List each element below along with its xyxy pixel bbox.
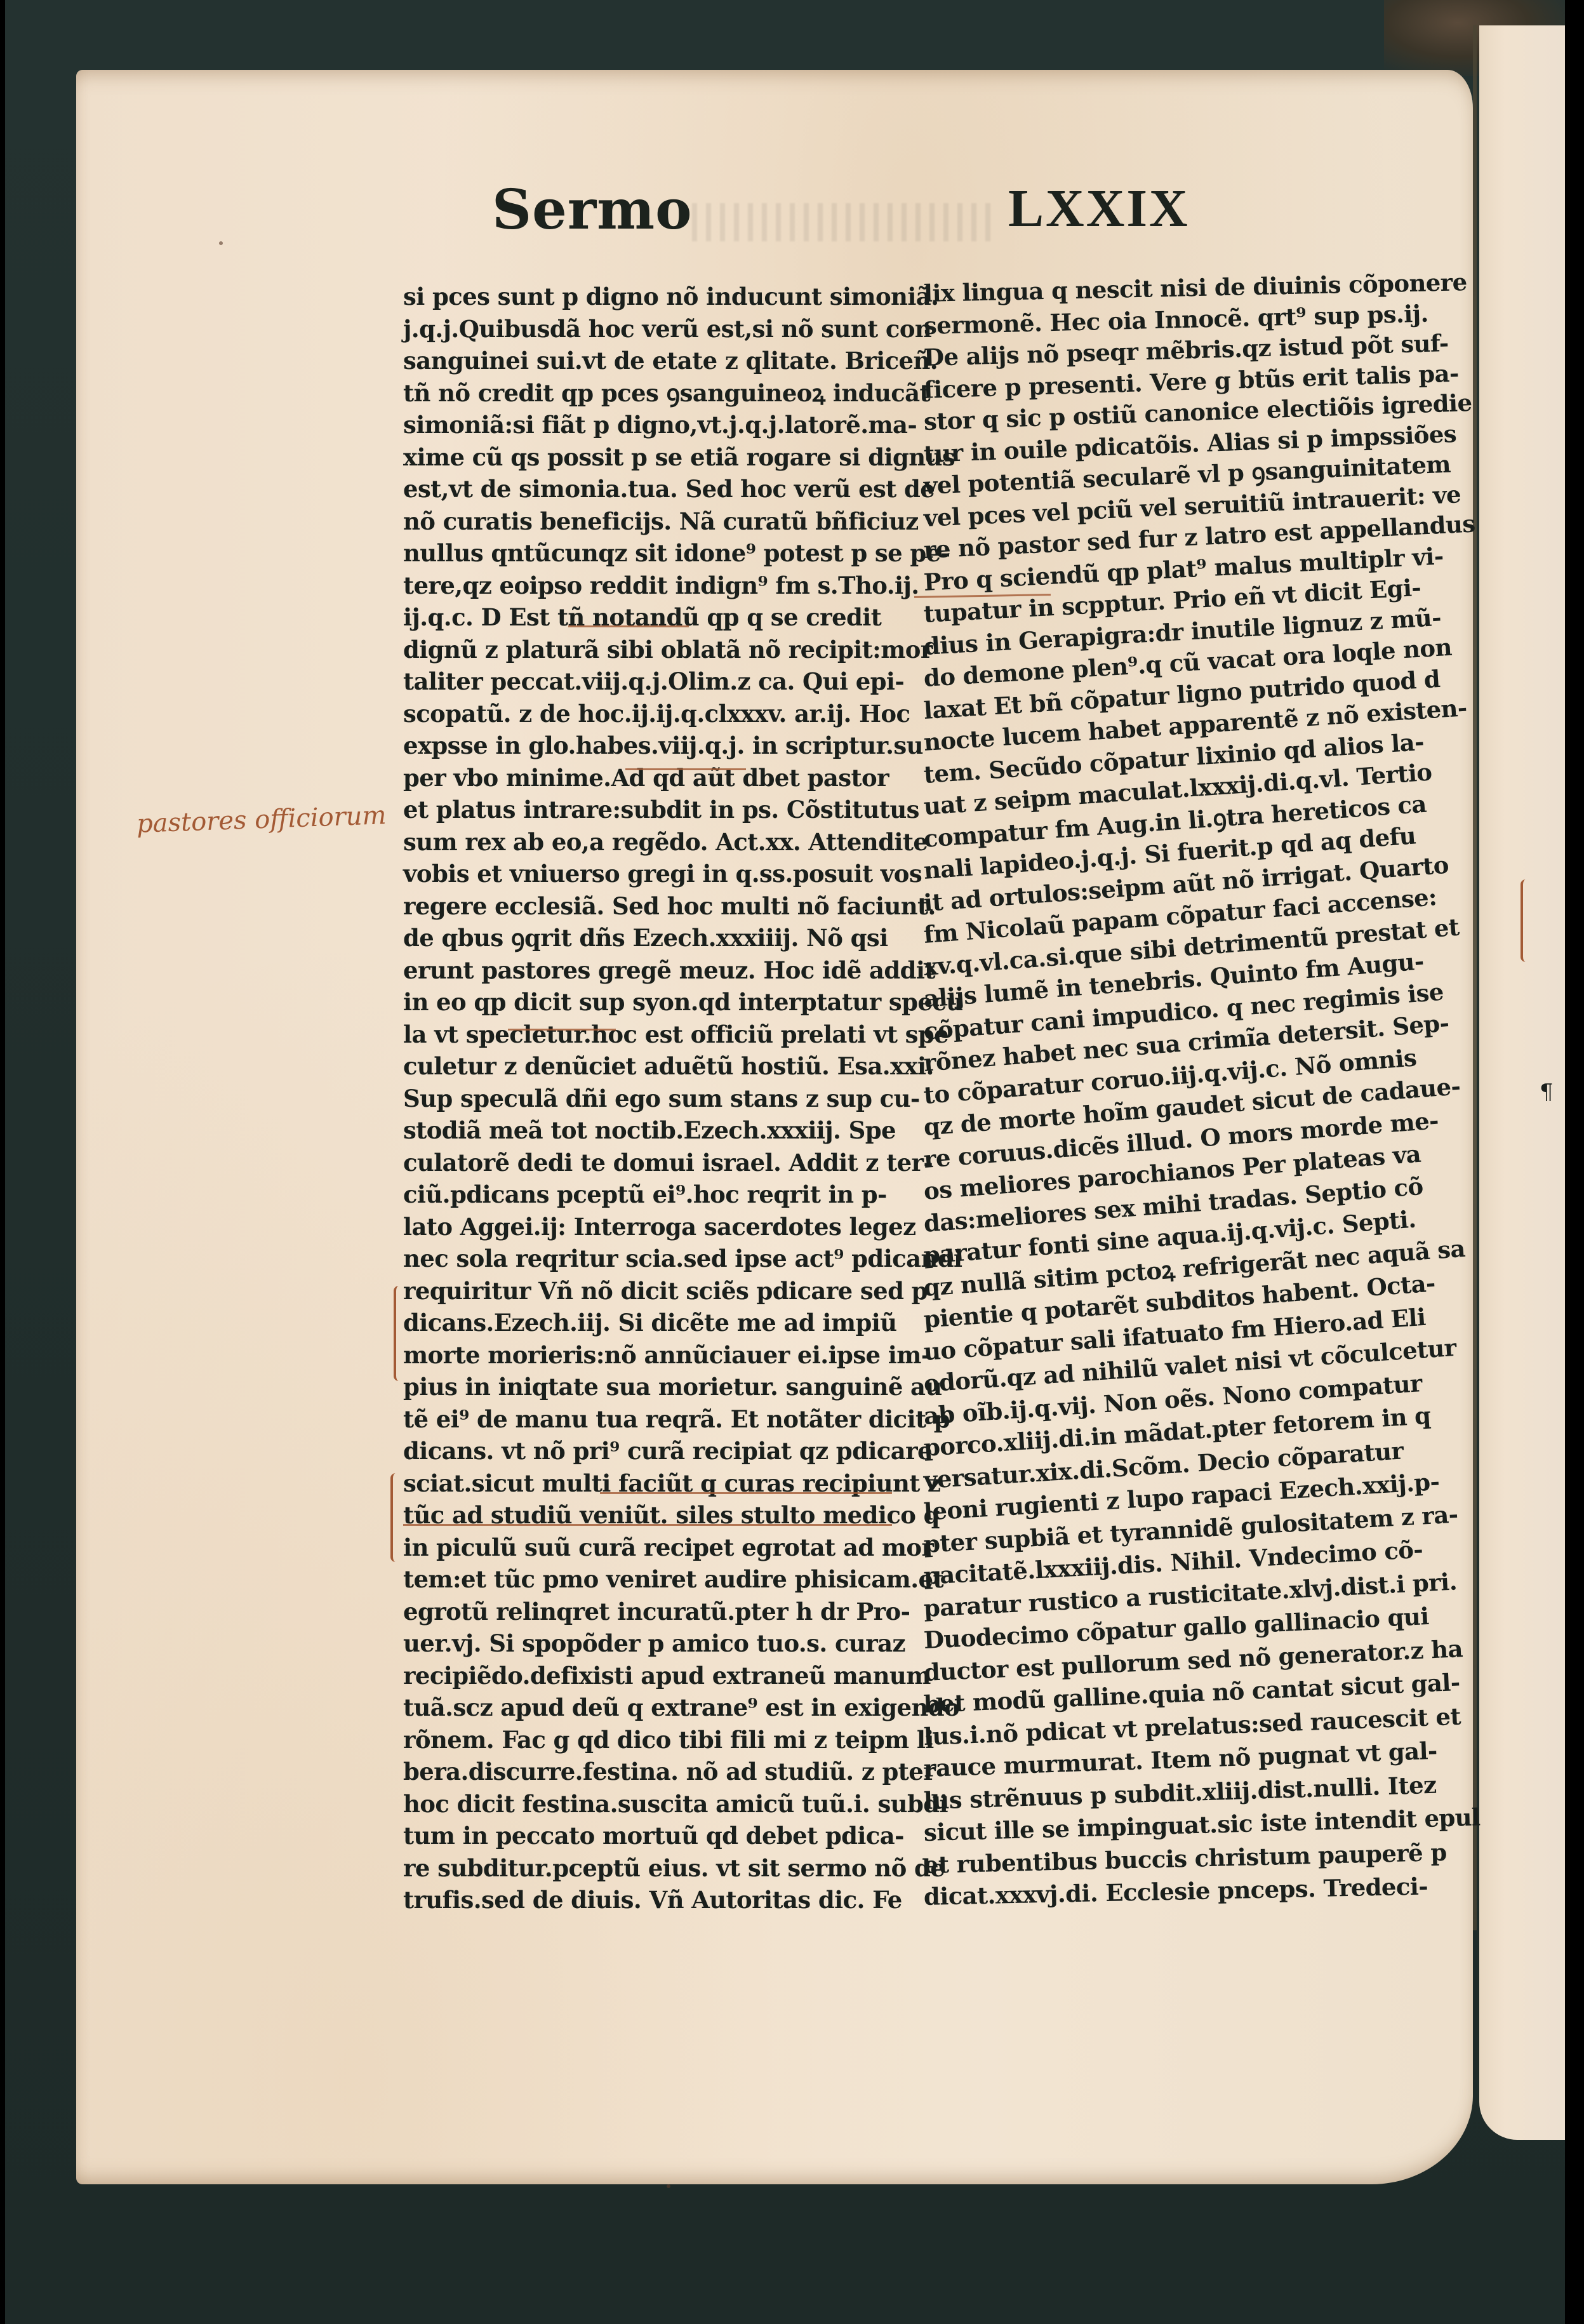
text-column-right: lix lingua q nescit nisi de diuinis cõpo… bbox=[924, 277, 1406, 1913]
scan-border-right bbox=[1565, 0, 1584, 2324]
text-line: sanguinei sui.vt de etate z qlitate. Bri… bbox=[403, 345, 886, 377]
text-line: dignũ z platurã sibi oblatã nõ recipit:m… bbox=[403, 634, 886, 666]
text-line: dicans.Ezech.iij. Si dicẽte me ad impiũ bbox=[403, 1307, 886, 1339]
text-line: recipiẽdo.defixisti apud extraneũ manum bbox=[403, 1660, 886, 1692]
bleed-through-text bbox=[692, 203, 997, 241]
rubric-underline bbox=[625, 768, 746, 770]
folio-number: LXXIX bbox=[1008, 178, 1190, 239]
text-column-left: si pces sunt p digno nõ inducunt simoniã… bbox=[403, 281, 886, 1916]
text-line: tuã.scz apud deũ q extrane⁹ est in exige… bbox=[403, 1692, 886, 1724]
text-line: tere,qz eoipso reddit indign⁹ fm s.Tho.i… bbox=[403, 570, 886, 602]
text-line: culetur z denũciet aduẽtũ hostiũ. Esa.xx… bbox=[403, 1050, 886, 1083]
text-line: xime cũ qs possit p se etiã rogare si di… bbox=[403, 441, 886, 474]
text-line: tem:et tũc pmo veniret audire phisicam.e… bbox=[403, 1563, 886, 1596]
text-line: tñ nõ credit qp pces ꝯsanguineoꝝ inducãt bbox=[403, 377, 886, 410]
scan-border-left bbox=[0, 0, 5, 2324]
running-head: Sermo bbox=[492, 178, 693, 242]
rubric-underline bbox=[600, 1492, 892, 1494]
text-line: de qbus ꝯqrit dñs Ezech.xxxiiij. Nõ qsi bbox=[403, 922, 886, 954]
text-line: expsse in glo.habes.viij.q.j. in scriptu… bbox=[403, 730, 886, 762]
text-line: trufis.sed de diuis. Vñ Autoritas dic. F… bbox=[403, 1884, 886, 1916]
rubric-underline bbox=[568, 625, 689, 627]
text-line: pius in iniqtate sua morietur. sanguinẽ … bbox=[403, 1371, 886, 1403]
paper-speck bbox=[219, 241, 223, 245]
rubric-underline bbox=[508, 1029, 616, 1031]
text-line: nec sola reqritur scia.sed ipse act⁹ pdi… bbox=[403, 1243, 886, 1275]
text-line: sum rex ab eo,a regẽdo. Act.xx. Attendit… bbox=[403, 826, 886, 858]
text-line: tum in peccato mortuũ qd debet pdica- bbox=[403, 1820, 886, 1852]
paper-speck bbox=[667, 2184, 670, 2188]
text-line: j.q.j.Quibusdã hoc verũ est,si nõ sunt c… bbox=[403, 313, 886, 345]
text-line: uer.vj. Si spopõder p amico tuo.s. curaz bbox=[403, 1627, 886, 1660]
text-line: simoniã:si fiãt p digno,vt.j.q.j.latorẽ.… bbox=[403, 409, 886, 441]
text-line: regere ecclesiã. Sed hoc multi nõ faciun… bbox=[403, 890, 886, 923]
text-line: lato Aggei.ij: Interroga sacerdotes lege… bbox=[403, 1211, 886, 1243]
text-line: si pces sunt p digno nõ inducunt simoniã… bbox=[403, 281, 886, 313]
text-line: requiritur Vñ nõ dicit sciẽs pdicare sed… bbox=[403, 1275, 886, 1307]
text-line: culatorẽ dedi te domui israel. Addit z t… bbox=[403, 1147, 886, 1179]
text-line: nõ curatis beneficijs. Nã curatũ bñficiu… bbox=[403, 505, 886, 538]
text-line: ciũ.pdicans pceptũ ei⁹.hoc reqrit in p- bbox=[403, 1179, 886, 1211]
text-line: morte morieris:nõ annũciauer ei.ipse im- bbox=[403, 1339, 886, 1372]
page-gutter bbox=[1473, 25, 1477, 1930]
text-line: re subditur.pceptũ eius. vt sit sermo nõ… bbox=[403, 1852, 886, 1885]
text-line: taliter peccat.viij.q.j.Olim.z ca. Qui e… bbox=[403, 665, 886, 698]
text-line: in piculũ suũ curã recipet egrotat ad mo… bbox=[403, 1532, 886, 1564]
rubric-underline bbox=[403, 1524, 892, 1526]
text-line: in eo qp dicit sup syon.qd interptatur s… bbox=[403, 986, 886, 1018]
text-line: et platus intrare:subdit in ps. Cõstitut… bbox=[403, 794, 886, 826]
text-line: erunt pastores gregẽ meuz. Hoc idẽ addit bbox=[403, 954, 886, 987]
ink-annotation-mark: ¶ bbox=[1540, 1079, 1554, 1105]
text-line: rõnem. Fac g qd dico tibi fili mi z teip… bbox=[403, 1724, 886, 1756]
text-line: nullus qntũcunqz sit idone⁹ potest p se … bbox=[403, 537, 886, 570]
text-line: est,vt de simonia.tua. Sed hoc verũ est … bbox=[403, 473, 886, 505]
text-line: tũc ad studiũ veniũt. siles stulto medic… bbox=[403, 1499, 886, 1532]
margin-bracket-mark bbox=[394, 1286, 405, 1381]
text-line: hoc dicit festina.suscita amicũ tuũ.i. s… bbox=[403, 1788, 886, 1820]
text-line: stodiã meã tot noctib.Ezech.xxxiij. Spe bbox=[403, 1114, 886, 1147]
text-line: bera.discurre.festina. nõ ad studiũ. z p… bbox=[403, 1756, 886, 1788]
text-line: egrotũ relinqret incuratũ.pter h dr Pro- bbox=[403, 1596, 886, 1628]
margin-bracket-mark bbox=[390, 1473, 402, 1562]
text-line: la vt specletur.hoc est officiũ prelati … bbox=[403, 1018, 886, 1051]
margin-bracket-mark bbox=[1521, 879, 1532, 962]
text-line: tẽ ei⁹ de manu tua reqrã. Et notãter dic… bbox=[403, 1403, 886, 1436]
text-line: per vbo minime.Ad qd aũt dbet pastor bbox=[403, 762, 886, 794]
text-line: ij.q.c. D Est tñ notandũ qp q se credit bbox=[403, 601, 886, 634]
text-line: dicans. vt nõ pri⁹ curã recipiat qz pdic… bbox=[403, 1435, 886, 1467]
text-line: scopatũ. z de hoc.ij.ij.q.clxxxv. ar.ij.… bbox=[403, 698, 886, 730]
text-line: sciat.sicut multi faciũt q curas recipiu… bbox=[403, 1467, 886, 1500]
text-line: Sup speculã dñi ego sum stans z sup cu- bbox=[403, 1083, 886, 1115]
text-line: vobis et vniuerso gregi in q.ss.posuit v… bbox=[403, 858, 886, 890]
